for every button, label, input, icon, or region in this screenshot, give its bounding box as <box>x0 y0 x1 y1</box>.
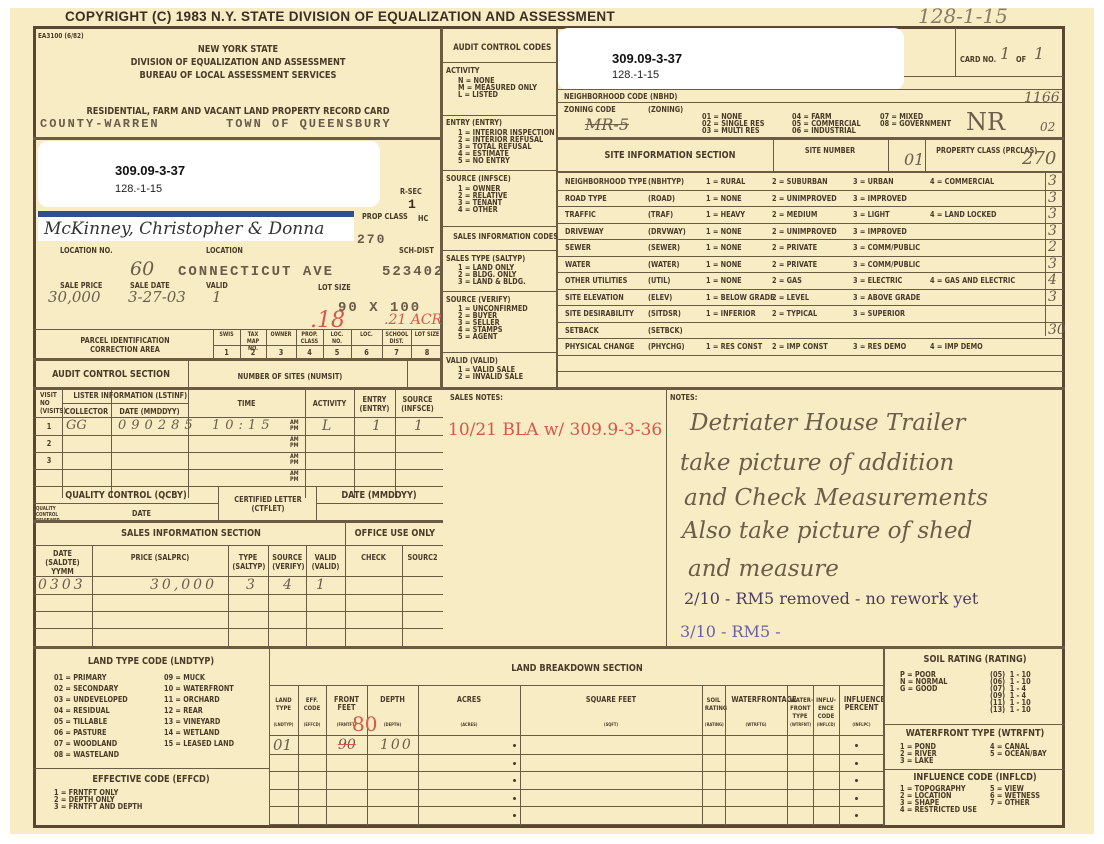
form-number: EA3100 (6/82) <box>38 32 84 41</box>
waterfront-item: 3 = LAKE <box>900 756 933 765</box>
divider <box>443 250 556 251</box>
zoning-option: 03 = MULTI RES <box>702 126 760 135</box>
collector-value[interactable]: GG <box>66 418 87 433</box>
sticker-old-id: 128.-1-15 <box>115 183 162 195</box>
zoning-handwritten: MR-5 <box>585 115 629 134</box>
divider <box>904 76 1064 77</box>
parcel-correction-col-num: 2 <box>243 348 263 357</box>
effective-code-item: 3 = FRNTFT AND DEPTH <box>54 802 142 811</box>
sale-valid-cell[interactable]: 1 <box>316 577 325 593</box>
divider <box>558 371 1064 372</box>
site-row-option: 2 = PRIVATE <box>772 243 817 252</box>
parcel-correction-col-label: LOC. <box>355 331 379 338</box>
sch-dist-label: SCH-DIST <box>399 246 434 255</box>
note-line: Detriater House Trailer <box>690 410 965 436</box>
location-no-value: 60 <box>130 258 154 280</box>
site-info-title: SITE INFORMATION SECTION <box>596 150 744 162</box>
site-row-option: 4 = LAND LOCKED <box>930 210 996 219</box>
audit-code-valid-title: VALID (VALID) <box>446 356 498 365</box>
divider <box>33 469 443 470</box>
site-row-code: (SEWER) <box>648 243 680 252</box>
percent-decimal-point <box>855 779 858 782</box>
land-type-item: 08 = WASTELAND <box>54 750 119 759</box>
col-time: TIME <box>199 399 295 408</box>
divider <box>213 329 214 359</box>
audit-code-activity-title: ACTIVITY <box>446 66 480 75</box>
site-row-name: ROAD TYPE <box>565 194 607 203</box>
site-row-option: 3 = IMPROVED <box>853 194 907 203</box>
site-row-name: TRAFFIC <box>565 210 596 219</box>
parcel-label-sticker <box>38 141 380 207</box>
land-col-code: (ACRES) <box>428 723 510 728</box>
waterfront-item: 5 = OCEAN/BAY <box>990 749 1047 758</box>
land-col-label: INFLU-ENCE CODE <box>816 696 836 720</box>
sale-price-cell[interactable]: 30,000 <box>150 577 217 593</box>
audit-code-item: 4 = OTHER <box>458 205 498 214</box>
parcel-correction-col-label: PROP. CLASS <box>299 331 320 345</box>
nbhd-label: NEIGHBORHOOD CODE <box>564 92 648 101</box>
divider <box>296 329 297 359</box>
divider <box>666 389 667 647</box>
audit-code-sales_type-title: SALES TYPE (SALTYP) <box>446 254 525 263</box>
parcel-correction-title-2: CORRECTION AREA <box>55 345 194 354</box>
divider <box>33 503 218 504</box>
divider <box>111 388 112 498</box>
note-line: and Check Measurements <box>684 485 988 511</box>
divider <box>354 388 355 498</box>
time-value[interactable]: 10:15 <box>212 418 274 433</box>
acres-decimal-point <box>513 762 516 765</box>
divider <box>443 170 556 171</box>
divider <box>323 329 324 359</box>
front-feet-cell[interactable]: 90 <box>338 737 356 753</box>
parcel-correction-col-label: LOC. NO. <box>326 331 347 345</box>
site-number-value: 01 <box>904 150 924 169</box>
site-row-code: (NBHTYP) <box>648 177 684 186</box>
percent-decimal-point <box>855 762 858 765</box>
divider <box>395 388 396 498</box>
land-col-code: (DEPTH) <box>372 723 412 728</box>
site-row-code: (ROAD) <box>648 194 675 203</box>
divider <box>33 486 443 487</box>
divider <box>558 137 1064 140</box>
site-row-option: 1 = RES CONST <box>706 342 762 351</box>
col-visit: VISIT NO (VISITS) <box>40 391 58 415</box>
divider <box>558 206 1064 207</box>
divider <box>269 824 884 825</box>
site-row-option: 1 = HEAVY <box>706 210 745 219</box>
land-type-item: 10 = WATERFRONT <box>164 684 234 693</box>
office-use-title: OFFICE USE ONLY <box>355 528 434 540</box>
town-name: TOWN OF QUEENSBURY <box>226 117 392 131</box>
land-type-item: 12 = REAR <box>164 706 203 715</box>
site-row-option: 4 = GAS AND ELECTRIC <box>930 276 1015 285</box>
audit-code-item: L = LISTED <box>458 90 498 99</box>
numsit-label: NUMBER OF SITES (NUMSIT) <box>208 372 372 381</box>
influence-title: INFLUENCE CODE (INFLCD) <box>902 772 1048 784</box>
divider <box>418 685 419 826</box>
divider <box>218 486 219 522</box>
card-of-label: OF <box>1016 55 1026 64</box>
divider <box>520 685 521 826</box>
divider <box>885 724 1065 725</box>
land-col-label: SQUARE FEET <box>537 696 685 704</box>
front-feet-corrected[interactable]: 80 <box>352 712 377 736</box>
col-source: SOURCE (INFSCE) <box>399 395 436 413</box>
col-activity: ACTIVITY <box>309 399 349 408</box>
site-row-option: 2 = TYPICAL <box>772 309 817 318</box>
sales-col_date: DATE (SALDTE) YYMM <box>39 549 86 576</box>
site-row-name: SEWER <box>565 243 591 252</box>
sales-codes-title: SALES INFORMATION CODES <box>453 232 545 241</box>
site-row-option: 3 = LIGHT <box>853 210 890 219</box>
location-street: CONNECTICUT AVE <box>178 264 334 280</box>
percent-decimal-point <box>855 797 858 800</box>
site-row-option: 3 = COMM/PUBLIC <box>853 243 920 252</box>
divider <box>269 806 884 807</box>
land-type-item: 02 = SECONDARY <box>54 684 118 693</box>
prop-class-value-site: 270 <box>1022 148 1056 169</box>
nbhd-code: (NBHD) <box>650 92 677 101</box>
site-row-name: PHYSICAL CHANGE <box>565 342 634 351</box>
divider <box>62 388 63 498</box>
site-row-option: 1 = BELOW GRADE <box>706 293 775 302</box>
divider <box>402 545 403 647</box>
divider <box>33 358 443 361</box>
site-row-code: (PHYCHG) <box>648 342 685 351</box>
site-row-name: DRIVEWAY <box>565 227 604 236</box>
cert-date-label: DATE (MMDDYY) <box>329 490 429 502</box>
prop-class-label: PROP CLASS <box>362 212 408 221</box>
land-type-item: 13 = VINEYARD <box>164 717 220 726</box>
audit-code-item: 5 = NO ENTRY <box>458 156 510 165</box>
site-row-name: SITE DESIRABILITY <box>565 309 634 318</box>
divider <box>773 140 774 171</box>
visit-no: 3 <box>38 456 59 465</box>
sale-price-value: 30,000 <box>48 288 101 306</box>
soil-rating-title: SOIL RATING (RATING) <box>902 654 1048 666</box>
acres-decimal-point <box>513 814 516 817</box>
divider <box>306 545 307 647</box>
parcel-correction-col-label: SCHOOL DIST. <box>385 331 407 345</box>
parcel-correction-col-label: LOT SIZE <box>415 331 440 338</box>
audit-code-item: 2 = INVALID SALE <box>458 372 523 381</box>
site-row-option: 4 = COMMERCIAL <box>930 177 994 186</box>
divider <box>813 685 814 826</box>
card-no-value: 1 <box>1000 44 1010 63</box>
land-breakdown-title: LAND BREAKDOWN SECTION <box>325 663 828 675</box>
site-row-value[interactable]: 30 <box>1048 322 1066 338</box>
land-type-cell[interactable]: 01 <box>273 736 292 754</box>
card-no-label: CARD NO. <box>960 55 996 64</box>
r-sec-label: R-SEC <box>400 187 422 196</box>
soil-rating-item: G = GOOD <box>900 684 937 693</box>
hc-label: HC <box>418 214 428 223</box>
parcel-correction-col-num: 7 <box>385 348 407 357</box>
prop-class-value: 270 <box>357 232 386 247</box>
divider <box>351 329 352 359</box>
waterfront-title: WATERFRONT TYPE (WTRFNT) <box>902 728 1048 740</box>
land-col-code: (INFLCD) <box>816 723 836 728</box>
site-row-option: 3 = ABOVE GRADE <box>853 293 920 302</box>
pm-label: PM <box>290 443 299 449</box>
divider <box>213 345 443 346</box>
sales-col_price: PRICE (SALPRC) <box>105 553 215 562</box>
divider <box>92 545 93 647</box>
qc-title: QUALITY CONTROL (QCBY) <box>52 490 200 502</box>
site-row-option: 2 = IMP CONST <box>772 342 828 351</box>
prop-class-label-site: PROPERTY CLASS (PRCLAS) <box>936 146 1010 155</box>
divider <box>345 545 346 647</box>
land-col-label: WATERFRONTAGE <box>731 696 780 704</box>
divider <box>558 272 1064 273</box>
land-col-label: LAND TYPE <box>272 696 294 712</box>
site-row-option: 2 = GAS <box>772 276 802 285</box>
sale-type-cell[interactable]: 3 <box>246 577 255 593</box>
pm-label: PM <box>290 477 299 483</box>
site-row-option: 2 = UNIMPROVED <box>772 194 837 203</box>
parcel-correction-title-1: PARCEL IDENTIFICATION <box>55 336 194 345</box>
audit-code-entry-title: ENTRY (ENTRY) <box>446 118 502 127</box>
col-date: DATE (MMDDYY) <box>118 407 181 416</box>
notes-label: NOTES: <box>670 393 697 402</box>
location-no-label: LOCATION NO. <box>60 246 113 255</box>
depth-cell[interactable]: 100 <box>380 737 413 753</box>
site-row-value[interactable]: 3 <box>1048 289 1057 305</box>
land-col-label: SOIL RATING <box>705 696 722 712</box>
divider <box>558 102 1064 103</box>
land-col-label: WATER-FRONT TYPE <box>790 696 810 720</box>
site-row-name: OTHER UTILITIES <box>565 276 627 285</box>
site-row-option: 2 = SUBURBAN <box>772 177 828 186</box>
site-row-value[interactable]: 3 <box>1048 173 1057 189</box>
divider <box>269 789 884 790</box>
land-type-item: 06 = PASTURE <box>54 728 107 737</box>
valid-value: 1 <box>212 288 222 306</box>
divider <box>411 329 412 359</box>
land-col-label: DEPTH <box>372 696 412 704</box>
site-row-value[interactable]: 2 <box>1048 239 1057 255</box>
parcel-correction-col-num: 6 <box>355 348 379 357</box>
agency-line3: BUREAU OF LOCAL ASSESSMENT SERVICES <box>74 70 402 82</box>
site-row-code: (ELEV) <box>648 293 672 302</box>
influence-item: 7 = OTHER <box>990 798 1030 807</box>
note-line: and measure <box>688 556 839 582</box>
county-name: COUNTY-WARREN <box>40 117 160 131</box>
divider <box>62 403 188 404</box>
divider <box>33 520 443 523</box>
parcel-label-sticker-top <box>558 28 904 90</box>
divider <box>33 137 443 140</box>
site-row-code: (SETBCK) <box>648 326 683 335</box>
divider <box>298 685 299 826</box>
zoning-code: (ZONING) <box>648 105 683 114</box>
parcel-correction-col-num: 8 <box>415 348 440 357</box>
site-row-option: 3 = ELECTRIC <box>853 276 902 285</box>
divider <box>228 545 229 647</box>
divider <box>33 435 443 436</box>
divider <box>268 545 269 647</box>
divider <box>33 611 443 612</box>
land-type-item: 14 = WETLAND <box>164 728 220 737</box>
land-col-label: INFLUENCE PERCENT <box>844 696 879 712</box>
location-label: LOCATION <box>206 246 243 255</box>
divider <box>443 115 556 116</box>
sale-date-cell[interactable]: 0303 <box>38 577 86 593</box>
sales-col_sourc2: SOURC2 <box>407 553 439 562</box>
zoning-value: 02 <box>1040 120 1055 134</box>
divider <box>558 305 1064 306</box>
land-type-item: 05 = TILLABLE <box>54 717 107 726</box>
effective-code-title: EFFECTIVE CODE (EFFCD) <box>57 774 246 786</box>
divider <box>305 388 306 498</box>
divider <box>188 361 189 389</box>
divider <box>269 648 270 826</box>
source-value[interactable]: 1 <box>414 418 423 434</box>
divider <box>367 685 368 826</box>
site-row-value[interactable]: 3 <box>1048 190 1057 206</box>
land-col-code: (WTRFNT) <box>790 723 810 728</box>
divider <box>558 338 1064 339</box>
sales-col_valid: VALID (VALID) <box>310 553 340 571</box>
note-line: 2/10 - RM5 removed - no rework yet <box>684 589 978 608</box>
divider <box>33 646 1065 649</box>
divider <box>240 329 241 359</box>
date-value[interactable]: 090285 <box>118 418 198 433</box>
site-row-option: 1 = NONE <box>706 276 742 285</box>
divider <box>443 352 556 353</box>
site-row-option: 3 = RES DEMO <box>853 342 906 351</box>
divider <box>316 503 443 504</box>
zoning-option: 06 = INDUSTRIAL <box>792 126 856 135</box>
zoning-label: ZONING CODE <box>564 105 616 114</box>
divider <box>558 223 1064 224</box>
divider <box>407 361 408 389</box>
land-type-title: LAND TYPE CODE (LNDTYP) <box>57 656 246 668</box>
site-row-code: (UTIL) <box>648 276 670 285</box>
land-col-code: (INFLPC) <box>844 723 879 728</box>
sale-source-cell[interactable]: 4 <box>283 577 292 593</box>
sales-col_check: CHECK <box>351 553 396 562</box>
land-col-code: (EFFCD) <box>301 723 322 728</box>
site-row-code: (DRVWAY) <box>648 227 686 236</box>
land-col-code: (RATING) <box>705 723 722 728</box>
land-type-item: 11 = ORCHARD <box>164 695 220 704</box>
site-row-name: WATER <box>565 260 591 269</box>
acres-decimal-point <box>513 797 516 800</box>
col-lister: LISTER INFORMATION (LSTINF) <box>73 391 176 400</box>
divider <box>888 140 889 171</box>
zoning-handwritten-right: NR <box>966 108 1005 136</box>
land-col-label: EFF. CODE <box>301 696 322 712</box>
agency-line2: DIVISION OF EQUALIZATION AND ASSESSMENT <box>74 57 402 69</box>
audit-code-verify-title: SOURCE (VERIFY) <box>446 295 511 304</box>
audit-code-source-title: SOURCE (INFSCE) <box>446 174 511 183</box>
activity-value[interactable]: L <box>322 418 331 434</box>
copyright-line: COPYRIGHT (C) 1983 N.Y. STATE DIVISION O… <box>65 9 615 24</box>
divider <box>269 685 884 686</box>
percent-decimal-point <box>855 744 858 747</box>
percent-decimal-point <box>855 814 858 817</box>
divider <box>443 291 556 292</box>
lot-size-label: LOT SIZE <box>318 283 351 292</box>
cert-letter-label: CERTIFIED LETTER (CTFLET) <box>229 495 308 513</box>
land-type-item: 15 = LEASED LAND <box>164 739 234 748</box>
land-col-code: (SQFT) <box>537 723 685 728</box>
site-row-code: (SITDSR) <box>648 309 681 318</box>
agency-line1: NEW YORK STATE <box>74 44 402 56</box>
pm-label: PM <box>290 426 299 432</box>
site-row-name: SITE ELEVATION <box>565 293 624 302</box>
r-sec-value: 1 <box>408 197 418 212</box>
divider <box>558 89 1064 90</box>
owner-name: McKinney, Christopher & Donna <box>44 219 324 239</box>
divider <box>883 648 885 826</box>
divider <box>443 62 556 63</box>
divider <box>885 769 1065 770</box>
sale-date-value: 3-27-03 <box>128 288 186 306</box>
parcel-correction-col-num: 3 <box>270 348 293 357</box>
site-number-label: SITE NUMBER <box>785 146 875 155</box>
divider <box>443 226 556 227</box>
divider <box>839 685 840 826</box>
land-col-code: (LNDTYP) <box>272 723 294 728</box>
sales-col_source: SOURCE (VERIFY) <box>272 553 302 571</box>
site-row-name: NEIGHBORHOOD TYPE <box>565 177 647 186</box>
nbhd-value: 1166 <box>1024 90 1060 106</box>
divider <box>33 545 443 546</box>
divider <box>725 685 726 826</box>
divider <box>33 768 269 769</box>
audit-section-title: AUDIT CONTROL SECTION <box>50 369 173 381</box>
site-row-value[interactable]: 3 <box>1048 223 1057 239</box>
divider <box>33 388 443 389</box>
sales-section-title: SALES INFORMATION SECTION <box>64 528 318 540</box>
qc-date-label: DATE <box>132 509 151 518</box>
parcel-correction-col-label: SWIS <box>216 331 237 338</box>
sticker-top-parcel-id: 309.09-3-37 <box>612 51 682 66</box>
land-col-label: FRONT FEET <box>331 696 363 712</box>
divider <box>955 28 956 76</box>
divider <box>558 355 1064 356</box>
soil-rating-item: (13) 1 - 10 <box>990 705 1031 714</box>
land-type-item: 07 = WOODLAND <box>54 739 117 748</box>
divider <box>316 486 317 522</box>
parcel-correction-col-label: OWNER <box>270 331 293 338</box>
site-row-value[interactable]: 4 <box>1048 272 1057 288</box>
note-line: take picture of addition <box>680 450 954 476</box>
audit-code-item: 3 = LAND & BLDG. <box>458 277 526 286</box>
site-row-value[interactable]: 3 <box>1048 256 1057 272</box>
divider <box>558 322 1064 323</box>
note-line: 3/10 - RM5 - <box>680 622 781 641</box>
pm-label: PM <box>290 460 299 466</box>
site-row-option: 3 = COMM/PUBLIC <box>853 260 920 269</box>
parcel-correction-col-num: 5 <box>326 348 347 357</box>
site-row-value[interactable]: 3 <box>1048 206 1057 222</box>
site-row-option: 1 = INFERIOR <box>706 309 756 318</box>
divider <box>558 190 1064 191</box>
divider <box>33 452 443 453</box>
site-row-option: 2 = PRIVATE <box>772 260 817 269</box>
visit-no: 2 <box>38 439 59 448</box>
sticker-top-old-id: 128.-1-15 <box>612 69 659 81</box>
divider <box>326 685 327 826</box>
entry-value[interactable]: 1 <box>372 418 381 434</box>
divider <box>558 256 1064 257</box>
site-row-option: 1 = NONE <box>706 260 742 269</box>
audit-code-item: 5 = AGENT <box>458 332 498 341</box>
